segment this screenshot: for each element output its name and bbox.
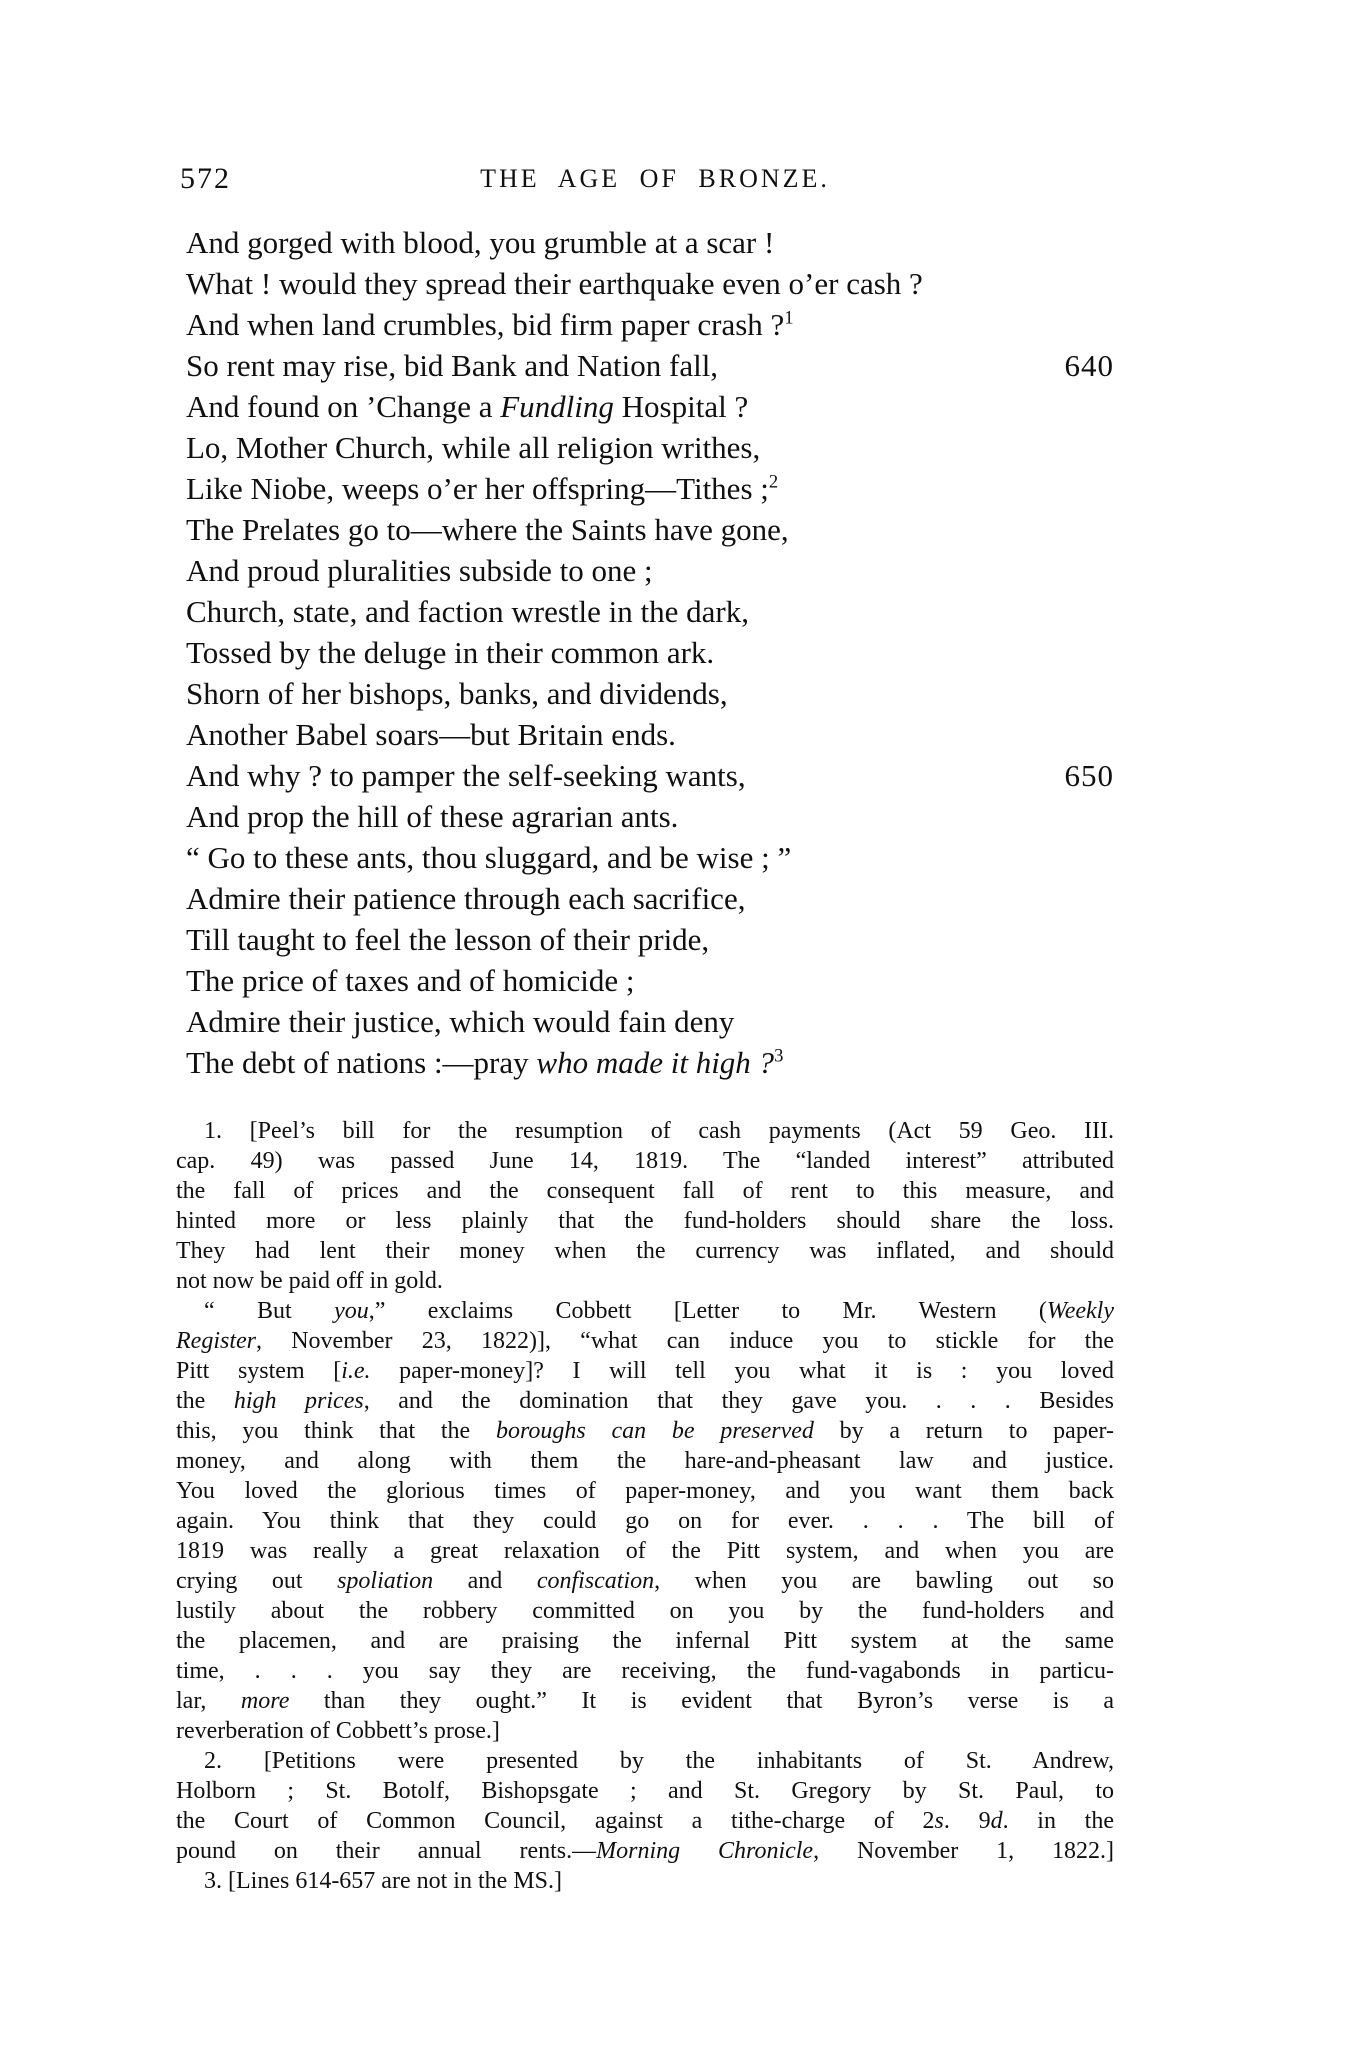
footnote-line: crying out spoliation and confiscation, … [176,1566,1114,1596]
poem-line: Tossed by the deluge in their common ark… [186,632,1114,673]
poem-line: So rent may rise, bid Bank and Nation fa… [186,345,1114,386]
footnote-line: this, you think that the boroughs can be… [176,1416,1114,1446]
text-segment: reverberation of Cobbett’s prose.] [176,1718,500,1744]
footnote-line: You loved the glorious times of paper-mo… [176,1476,1114,1506]
text-segment: Pitt system [ [176,1358,341,1384]
poem-line: The Prelates go to—where the Saints have… [186,509,1114,550]
footnote-line: time, . . . you say they are receiving, … [176,1656,1114,1686]
text-segment: cap. 49) was passed June 14, 1819. The “… [176,1148,1114,1174]
text-segment: crying out [176,1568,337,1594]
book-page: 572 THE AGE OF BRONZE. And gorged with b… [0,0,1359,2072]
text-segment: confiscation [537,1568,654,1594]
text-segment: Register [176,1328,256,1354]
text-segment: Like Niobe, weeps o’er her offspring—Tit… [186,471,769,506]
poem-line: Admire their patience through each sacri… [186,878,1114,919]
footnote-line: hinted more or less plainly that the fun… [176,1206,1114,1236]
poem-line: “ Go to these ants, thou sluggard, and b… [186,837,1114,878]
text-segment: And proud pluralities subside to one ; [186,553,653,588]
running-title: THE AGE OF BRONZE. [196,164,1114,194]
footnote-line: Holborn ; St. Botolf, Bishopsgate ; and … [176,1776,1114,1806]
text-segment: again. You think that they could go on f… [176,1508,1114,1534]
text-segment: Shorn of her bishops, banks, and dividen… [186,676,728,711]
footnote-line: They had lent their money when the curre… [176,1236,1114,1266]
text-segment: the Court of Common Council, against a t… [176,1808,935,1834]
text-segment: , and the domination that they gave you.… [364,1388,1114,1414]
text-segment: money, and along with them the hare-and-… [176,1448,1114,1474]
page-header: 572 THE AGE OF BRONZE. [176,162,1114,202]
text-segment: 1819 was really a great relaxation of th… [176,1538,1114,1564]
text-segment: Weekly [1047,1298,1114,1324]
text-segment: Holborn ; St. Botolf, Bishopsgate ; and … [176,1778,1114,1804]
text-segment: And gorged with blood, you grumble at a … [186,225,774,260]
text-segment: than they ought.” It is evident that Byr… [289,1688,1114,1714]
text-segment: by a return to paper- [814,1418,1114,1444]
footnote-line: the Court of Common Council, against a t… [176,1806,1114,1836]
text-segment: . in the [1003,1808,1114,1834]
poem-line: Church, state, and faction wrestle in th… [186,591,1114,632]
text-segment: boroughs can be preserved [496,1418,814,1444]
text-segment: Tossed by the deluge in their common ark… [186,635,714,670]
text-segment: Lo, Mother Church, while all religion wr… [186,430,760,465]
text-segment: , when you are bawling out so [654,1568,1114,1594]
text-segment: So rent may rise, bid Bank and Nation fa… [186,348,718,383]
footnotes: 1. [Peel’s bill for the resumption of ca… [176,1116,1114,1896]
text-segment: the fall of prices and the consequent fa… [176,1178,1114,1204]
text-segment: 1. [Peel’s bill for the resumption of ca… [204,1118,1114,1144]
poem-line: What ! would they spread their earthquak… [186,263,1114,304]
text-segment: and [433,1568,537,1594]
text-segment: s [935,1808,944,1834]
footnote-line: Register, November 23, 1822)], “what can… [176,1326,1114,1356]
text-segment: . 9 [944,1808,991,1834]
footnote-line: reverberation of Cobbett’s prose.] [176,1716,1114,1746]
text-segment: 3. [Lines 614-657 are not in the MS.] [204,1868,562,1894]
footnote-line: lar, more than they ought.” It is eviden… [176,1686,1114,1716]
text-segment: ,” exclaims Cobbett [Letter to Mr. Weste… [369,1298,1047,1324]
poem-line: And why ? to pamper the self-seeking wan… [186,755,1114,796]
text-segment: Fundling [500,389,614,424]
text-segment: d [991,1808,1003,1834]
footnote-line: lustily about the robbery committed on y… [176,1596,1114,1626]
poem-line: And prop the hill of these agrarian ants… [186,796,1114,837]
footnote-line: again. You think that they could go on f… [176,1506,1114,1536]
poem-line: Till taught to feel the lesson of their … [186,919,1114,960]
footnote-line: 1. [Peel’s bill for the resumption of ca… [176,1116,1114,1146]
footnote-line: 3. [Lines 614-657 are not in the MS.] [176,1866,1114,1896]
text-segment: Church, state, and faction wrestle in th… [186,594,749,629]
poem-line: Like Niobe, weeps o’er her offspring—Tit… [186,468,1114,509]
text-segment: And found on ’Change a [186,389,500,424]
text-segment: lustily about the robbery committed on y… [176,1598,1114,1624]
poem-line: Another Babel soars—but Britain ends. [186,714,1114,755]
footnote-line: money, and along with them the hare-and-… [176,1446,1114,1476]
text-segment: hinted more or less plainly that the fun… [176,1208,1114,1234]
footnote-line: cap. 49) was passed June 14, 1819. The “… [176,1146,1114,1176]
text-segment: The price of taxes and of homicide ; [186,963,634,998]
text-segment: more [241,1688,289,1714]
text-segment: 2. [Petitions were presented by the inha… [204,1748,1114,1774]
text-segment: Till taught to feel the lesson of their … [186,922,709,957]
text-segment: not now be paid off in gold. [176,1268,443,1294]
poem-line: Shorn of her bishops, banks, and dividen… [186,673,1114,714]
text-segment: Hospital ? [614,389,748,424]
poem-line: The debt of nations :—pray who made it h… [186,1042,1114,1083]
text-segment: , November 1, 1822.] [813,1838,1114,1864]
poem-line: Lo, Mother Church, while all religion wr… [186,427,1114,468]
text-segment: You loved the glorious times of paper-mo… [176,1478,1114,1504]
text-segment: pound on their annual rents.— [176,1838,596,1864]
poem-line: And proud pluralities subside to one ; [186,550,1114,591]
footnote-line: 1819 was really a great relaxation of th… [176,1536,1114,1566]
text-segment: And why ? to pamper the self-seeking wan… [186,758,746,793]
poem-line: And when land crumbles, bid firm paper c… [186,304,1114,345]
text-segment: the placemen, and are praising the infer… [176,1628,1114,1654]
footnote-line: Pitt system [i.e. paper-money]? I will t… [176,1356,1114,1386]
poem-line: Admire their justice, which would fain d… [186,1001,1114,1042]
text-segment: “ Go to these ants, thou sluggard, and b… [186,840,791,875]
footnote-line: the high prices, and the domination that… [176,1386,1114,1416]
footnote-line: the placemen, and are praising the infer… [176,1626,1114,1656]
text-segment: i.e. [341,1358,370,1384]
text-segment: high prices [234,1388,364,1414]
footnote-line: pound on their annual rents.—Morning Chr… [176,1836,1114,1866]
text-segment: Admire their patience through each sacri… [186,881,745,916]
text-segment: lar, [176,1688,241,1714]
footnote-line: the fall of prices and the consequent fa… [176,1176,1114,1206]
text-segment: who made it high ? [536,1045,774,1080]
text-segment: this, you think that the [176,1418,496,1444]
text-segment: , November 23, 1822)], “what can induce … [256,1328,1114,1354]
poem-line: The price of taxes and of homicide ; [186,960,1114,1001]
text-segment: spoliation [337,1568,433,1594]
text-segment: The Prelates go to—where the Saints have… [186,512,789,547]
text-segment: the [176,1388,234,1414]
poem-text: And gorged with blood, you grumble at a … [186,222,1114,1083]
text-segment: They had lent their money when the curre… [176,1238,1114,1264]
poem-line: And gorged with blood, you grumble at a … [186,222,1114,263]
text-segment: paper-money]? I will tell you what it is… [371,1358,1114,1384]
text-segment: you [334,1298,369,1324]
text-segment: And prop the hill of these agrarian ants… [186,799,678,834]
footnote-marker: 1 [784,308,793,329]
footnote-line: 2. [Petitions were presented by the inha… [176,1746,1114,1776]
footnote-marker: 3 [774,1046,783,1067]
footnote-marker: 2 [769,472,778,493]
text-segment: time, . . . you say they are receiving, … [176,1658,1114,1684]
footnote-line: “ But you,” exclaims Cobbett [Letter to … [176,1296,1114,1326]
verse-line-number: 640 [1065,345,1115,386]
text-segment: Another Babel soars—but Britain ends. [186,717,676,752]
poem-line: And found on ’Change a Fundling Hospital… [186,386,1114,427]
text-segment: What ! would they spread their earthquak… [186,266,923,301]
footnote-line: not now be paid off in gold. [176,1266,1114,1296]
text-segment: “ But [204,1298,334,1324]
text-segment: The debt of nations :—pray [186,1045,536,1080]
text-segment: And when land crumbles, bid firm paper c… [186,307,784,342]
text-segment: Admire their justice, which would fain d… [186,1004,734,1039]
text-segment: Morning Chronicle [596,1838,813,1864]
verse-line-number: 650 [1065,755,1115,796]
